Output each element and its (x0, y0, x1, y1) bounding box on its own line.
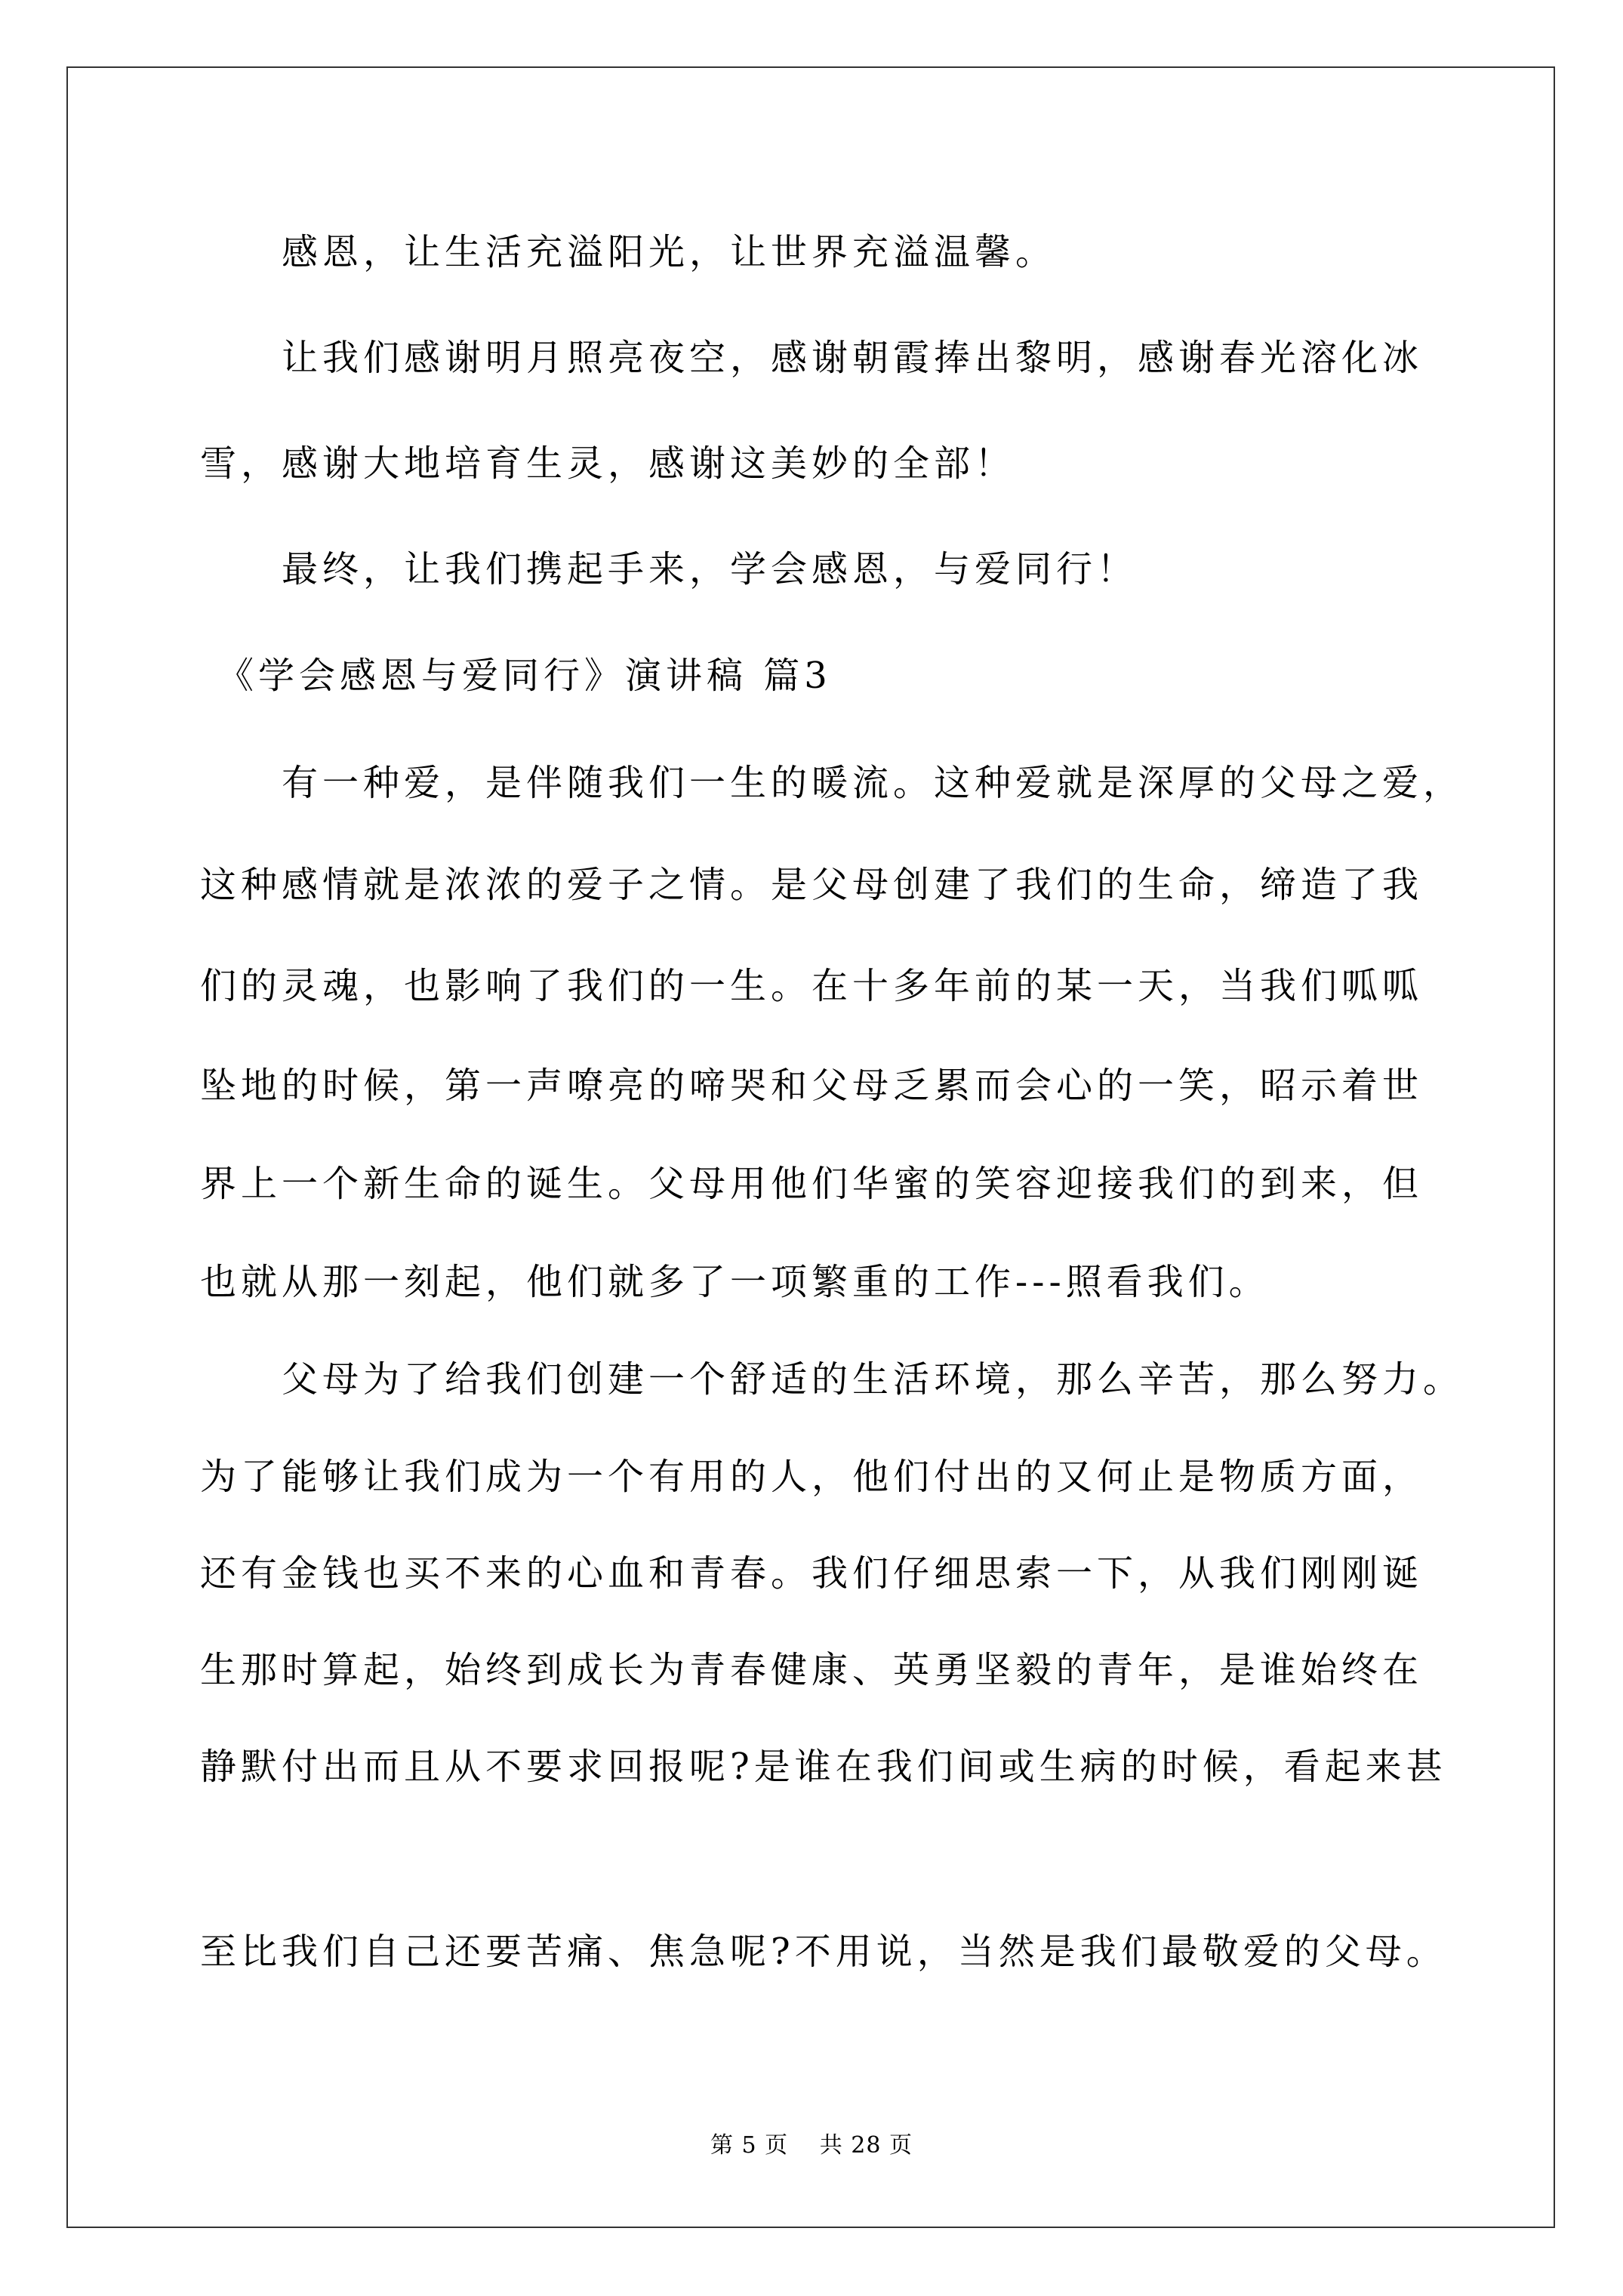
paragraph-line: 雪，感谢大地培育生灵，感谢这美妙的全部！ (200, 441, 1015, 486)
paragraph-line: 最终，让我们携起手来，学会感恩，与爱同行！ (282, 547, 1138, 592)
page-number-footer: 第 5 页 共 28 页 (0, 2131, 1623, 2161)
section-title: 《学会感恩与爱同行》演讲稿 篇3 (217, 653, 832, 698)
paragraph-line: 生那时算起，始终到成长为青春健康、英勇坚毅的青年，是谁始终在 (200, 1647, 1423, 1693)
paragraph-line: 还有金钱也买不来的心血和青春。我们仔细思索一下，从我们刚刚诞 (200, 1551, 1423, 1596)
paragraph-line: 有一种爱，是伴随我们一生的暖流。这种爱就是深厚的父母之爱， (282, 760, 1464, 806)
paragraph-line: 让我们感谢明月照亮夜空，感谢朝霞捧出黎明，感谢春光溶化冰 (282, 335, 1423, 381)
paragraph-line: 为了能够让我们成为一个有用的人，他们付出的又何止是物质方面， (200, 1454, 1423, 1499)
paragraph-line: 静默付出而且从不要求回报呢?是谁在我们间或生病的时候，看起来甚 (200, 1744, 1447, 1789)
paragraph-line: 界上一个新生命的诞生。父母用他们华蜜的笑容迎接我们的到来，但 (200, 1161, 1423, 1207)
paragraph-line: 父母为了给我们创建一个舒适的生活环境，那么辛苦，那么努力。 (282, 1357, 1464, 1402)
paragraph-line: 也就从那一刻起，他们就多了一项繁重的工作---照看我们。 (200, 1259, 1270, 1305)
paragraph-line: 坠地的时候，第一声嘹亮的啼哭和父母乏累而会心的一笑，昭示着世 (200, 1063, 1423, 1108)
page-frame (66, 66, 1555, 2228)
paragraph-line: 感恩，让生活充溢阳光，让世界充溢温馨。 (282, 230, 1056, 275)
paragraph-line: 们的灵魂，也影响了我们的一生。在十多年前的某一天，当我们呱呱 (200, 963, 1423, 1009)
paragraph-line: 这种感情就是浓浓的爱子之情。是父母创建了我们的生命，缔造了我 (200, 862, 1423, 908)
paragraph-line: 至比我们自己还要苦痛、焦急呢?不用说，当然是我们最敬爱的父母。 (200, 1929, 1447, 1974)
